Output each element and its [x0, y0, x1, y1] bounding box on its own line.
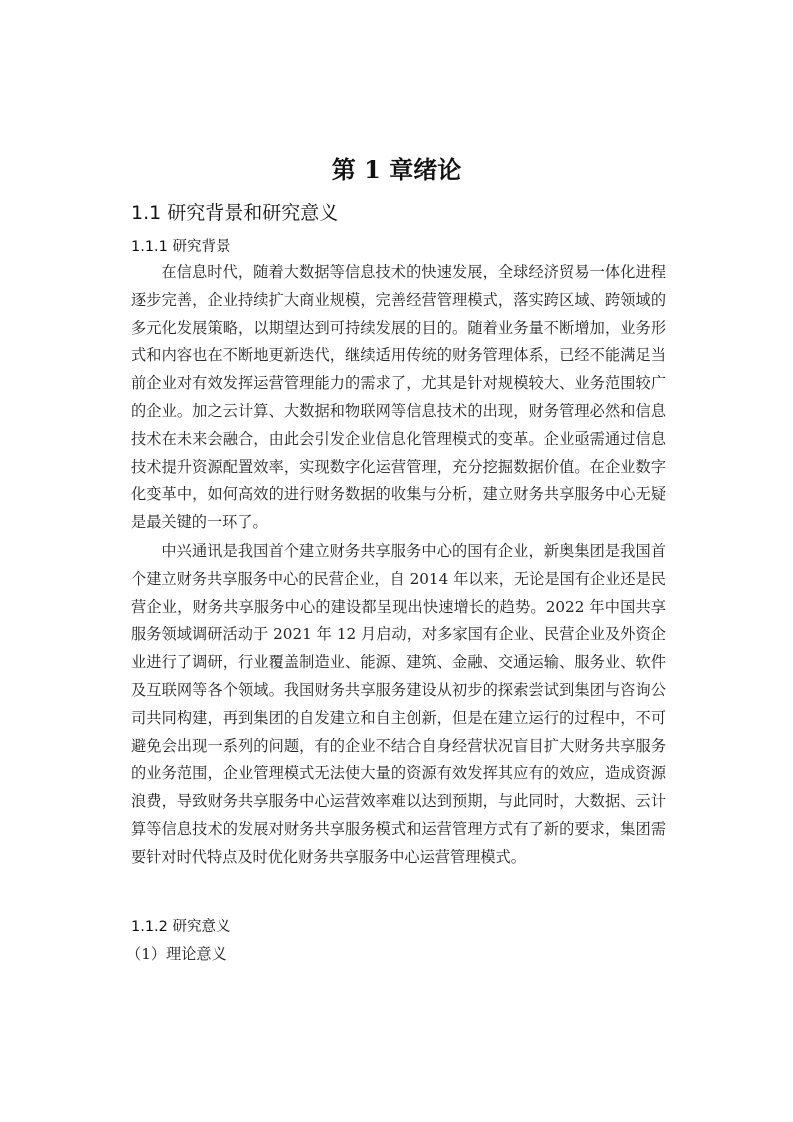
body-paragraph: 中兴通讯是我国首个建立财务共享服务中心的国有企业，新奥集团是我国首个建立财务共享… — [131, 538, 666, 872]
section-heading: 1.1 研究背景和研究意义 — [131, 200, 338, 226]
list-item-theoretical-significance: （1）理论意义 — [126, 942, 227, 966]
body-paragraph: 在信息时代，随着大数据等信息技术的快速发展，全球经济贸易一体化进程逐步完善，企业… — [131, 259, 666, 537]
subsection-heading-significance: 1.1.2 研究意义 — [131, 916, 231, 938]
document-page: 第 1 章绪论 1.1 研究背景和研究意义 1.1.1 研究背景 在信息时代，随… — [0, 0, 793, 1122]
chapter-title: 第 1 章绪论 — [0, 154, 793, 186]
subsection-heading-background: 1.1.1 研究背景 — [131, 236, 231, 258]
